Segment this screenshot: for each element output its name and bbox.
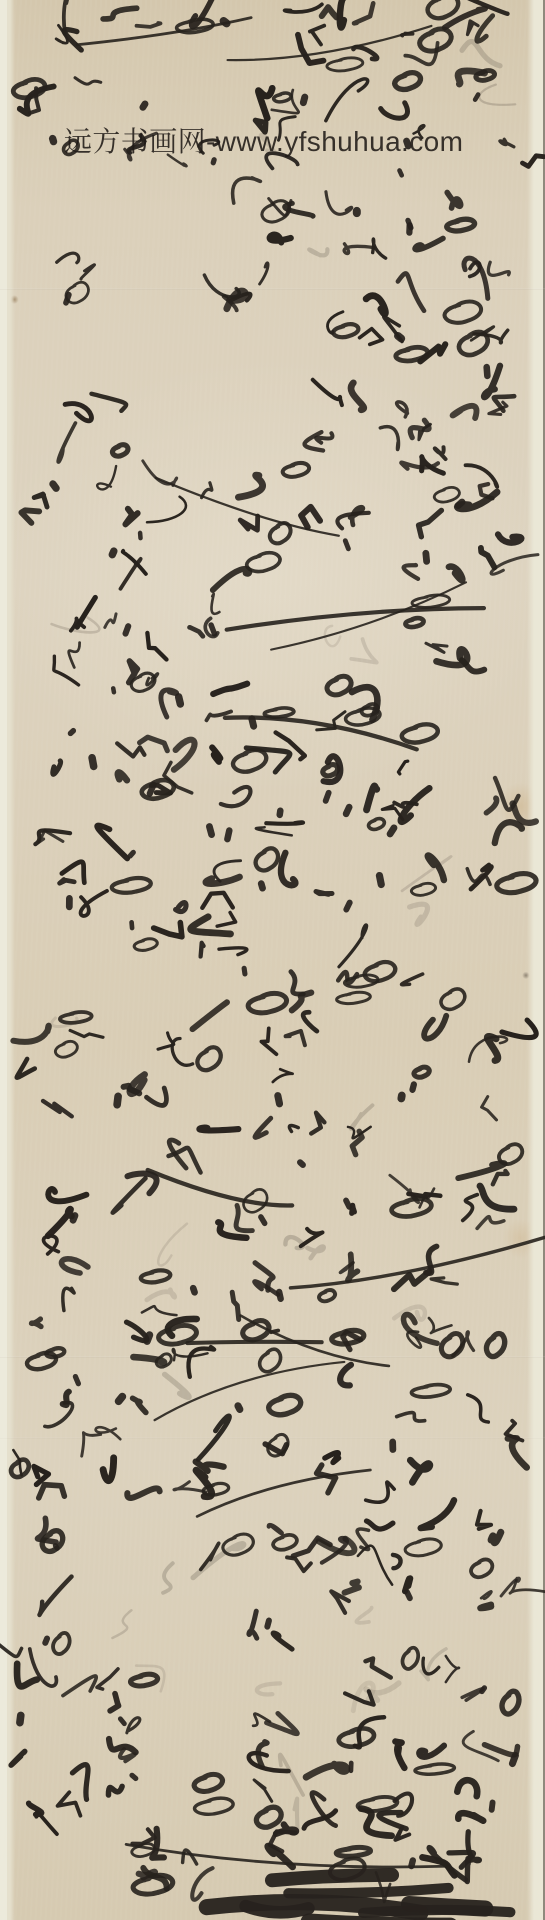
artwork-scan: 远方书画网-www.yfshuhua.com — [0, 0, 545, 1920]
watermark-text: 远方书画网-www.yfshuhua.com — [64, 120, 463, 160]
calligraphy-artwork — [0, 0, 545, 1920]
